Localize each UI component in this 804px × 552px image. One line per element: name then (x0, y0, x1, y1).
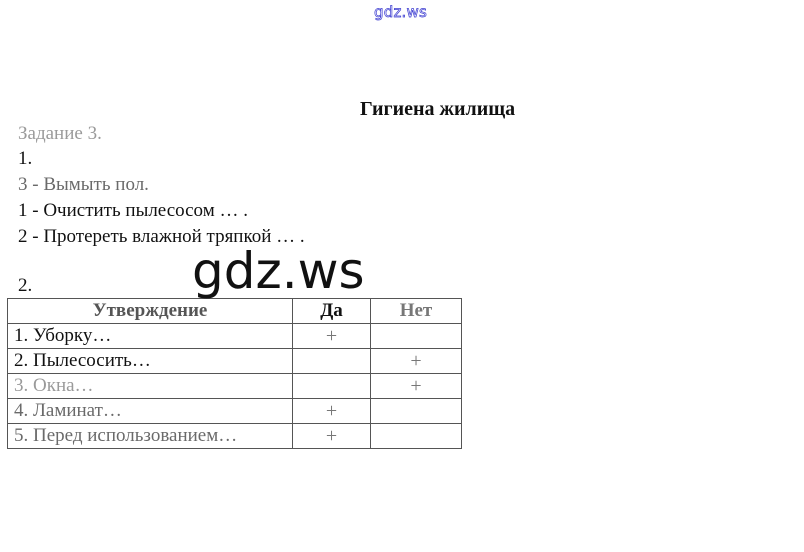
watermark-top: gdz.ws (374, 3, 427, 21)
no-cell (371, 424, 462, 449)
answers-table: Утверждение Да Нет 1. Уборку… + 2. Пылес… (7, 298, 462, 449)
header-yes: Да (293, 299, 371, 324)
yes-cell: + (293, 424, 371, 449)
statement-cell: 3. Окна… (8, 374, 293, 399)
table-header-row: Утверждение Да Нет (8, 299, 462, 324)
header-no: Нет (371, 299, 462, 324)
table-row: 4. Ламинат… + (8, 399, 462, 424)
no-cell: + (371, 374, 462, 399)
step-item: 3 - Вымыть пол. (18, 174, 149, 196)
table-row: 5. Перед использованием… + (8, 424, 462, 449)
no-cell (371, 324, 462, 349)
document-title: Гигиена жилища (360, 98, 515, 121)
no-cell: + (371, 349, 462, 374)
table-row: 2. Пылесосить… + (8, 349, 462, 374)
yes-cell: + (293, 324, 371, 349)
no-cell (371, 399, 462, 424)
statement-cell: 1. Уборку… (8, 324, 293, 349)
yes-cell (293, 374, 371, 399)
yes-cell: + (293, 399, 371, 424)
section-1-label: 1. (18, 148, 32, 170)
statement-cell: 2. Пылесосить… (8, 349, 293, 374)
yes-cell (293, 349, 371, 374)
task-label: Задание 3. (18, 123, 102, 145)
watermark-center: gdz.ws (192, 246, 365, 296)
statement-cell: 5. Перед использованием… (8, 424, 293, 449)
header-statement: Утверждение (8, 299, 293, 324)
statement-cell: 4. Ламинат… (8, 399, 293, 424)
section-2-label: 2. (18, 275, 32, 297)
step-item: 1 - Очистить пылесосом … . (18, 200, 248, 222)
table-row: 1. Уборку… + (8, 324, 462, 349)
table-row: 3. Окна… + (8, 374, 462, 399)
